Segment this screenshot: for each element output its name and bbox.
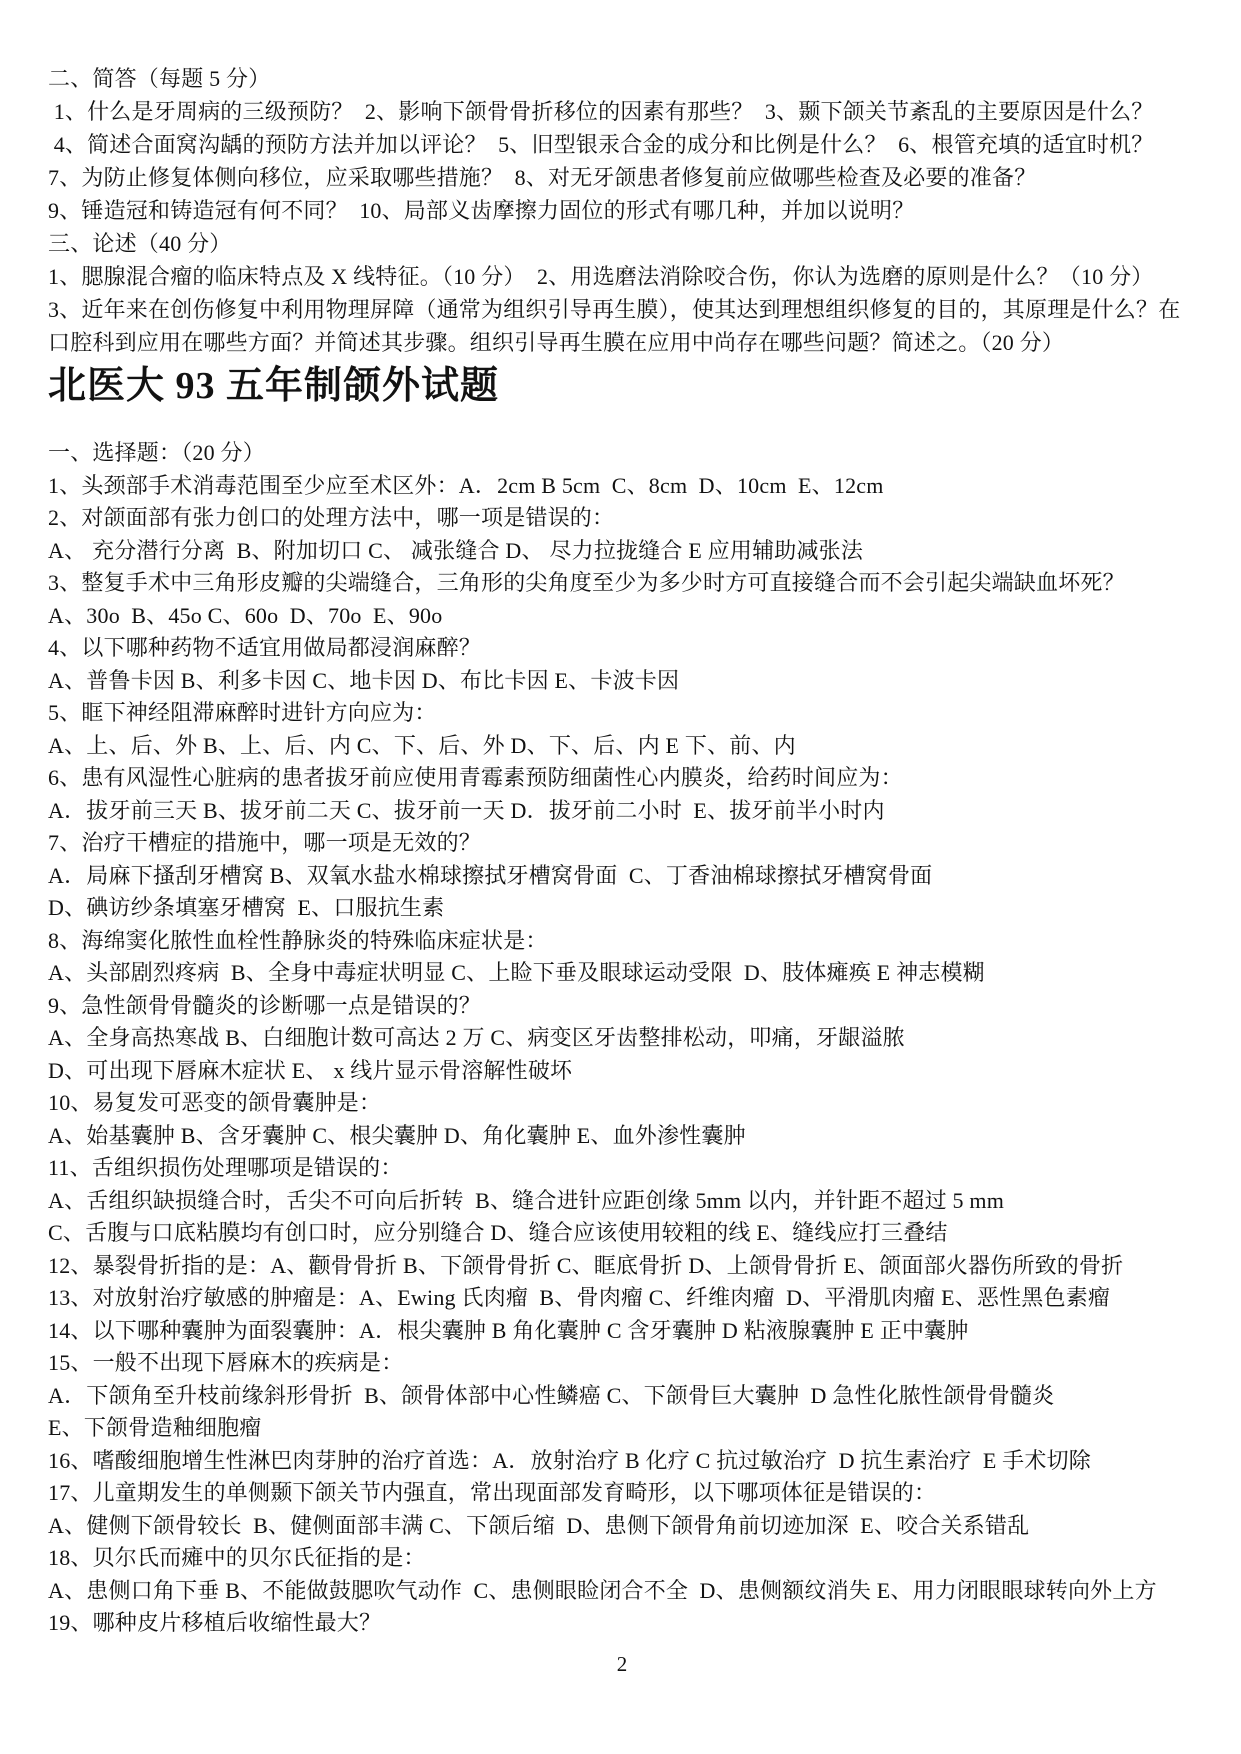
text-line: 17、儿童期发生的单侧颞下颌关节内强直，常出现面部发育畸形，以下哪项体征是错误的… xyxy=(48,1477,1196,1510)
text-line: A、上、后、外 B、上、后、内 C、下、后、外 D、下、后、内 E 下、前、内 xyxy=(48,730,1196,763)
text-line: A、患侧口角下垂 B、不能做鼓腮吹气动作 C、患侧眼睑闭合不全 D、患侧额纹消失… xyxy=(48,1575,1196,1608)
text-line: 1、腮腺混合瘤的临床特点及 X 线特征。（10 分） 2、用选磨法消除咬合伤，你… xyxy=(48,260,1196,293)
text-line: A．拔牙前三天 B、拔牙前二天 C、拔牙前一天 D．拔牙前二小时 E、拔牙前半小… xyxy=(48,795,1196,828)
text-line: 18、贝尔氏而瘫中的贝尔氏征指的是： xyxy=(48,1542,1196,1575)
text-line: A、 充分潜行分离 B、附加切口 C、 减张缝合 D、 尽力拉拢缝合 E 应用辅… xyxy=(48,535,1196,568)
text-line: E、下颌骨造釉细胞瘤 xyxy=(48,1412,1196,1445)
text-line: D、碘访纱条填塞牙槽窝 E、口服抗生素 xyxy=(48,892,1196,925)
text-line: 15、一般不出现下唇麻木的疾病是： xyxy=(48,1347,1196,1380)
text-line: 二、简答（每题 5 分） xyxy=(48,62,1196,95)
text-line: 13、对放射治疗敏感的肿瘤是：A、Ewing 氏肉瘤 B、骨肉瘤 C、纤维肉瘤 … xyxy=(48,1282,1196,1315)
text-line: 7、治疗干槽症的措施中，哪一项是无效的？ xyxy=(48,827,1196,860)
text-line: A、始基囊肿 B、含牙囊肿 C、根尖囊肿 D、角化囊肿 E、血外渗性囊肿 xyxy=(48,1120,1196,1153)
text-line: A、普鲁卡因 B、利多卡因 C、地卡因 D、布比卡因 E、卡波卡因 xyxy=(48,665,1196,698)
text-line: 口腔科到应用在哪些方面？并简述其步骤。组织引导再生膜在应用中尚存在哪些问题？简述… xyxy=(48,326,1196,359)
text-line: D、可出现下唇麻木症状 E、 x 线片显示骨溶解性破坏 xyxy=(48,1055,1196,1088)
text-line: 9、锤造冠和铸造冠有何不同？ 10、局部义齿摩擦力固位的形式有哪几种，并加以说明… xyxy=(48,194,1196,227)
text-line: A．局麻下搔刮牙槽窝 B、双氧水盐水棉球擦拭牙槽窝骨面 C、丁香油棉球擦拭牙槽窝… xyxy=(48,860,1196,893)
text-line: 一、选择题：（20 分） xyxy=(48,437,1196,470)
text-line: A、头部剧烈疼病 B、全身中毒症状明显 C、上睑下垂及眼球运动受限 D、肢体瘫痪… xyxy=(48,957,1196,990)
text-line: 6、患有风湿性心脏病的患者拔牙前应使用青霉素预防细菌性心内膜炎，给药时间应为： xyxy=(48,762,1196,795)
text-line: 1、什么是牙周病的三级预防？ 2、影响下颌骨骨折移位的因素有那些？ 3、颞下颌关… xyxy=(48,95,1196,128)
text-line: 3、近年来在创伤修复中利用物理屏障（通常为组织引导再生膜），使其达到理想组织修复… xyxy=(48,293,1196,326)
text-line: 1、头颈部手术消毒范围至少应至术区外：A．2cm B 5cm C、8cm D、1… xyxy=(48,470,1196,503)
text-line: 8、海绵窦化脓性血栓性静脉炎的特殊临床症状是： xyxy=(48,925,1196,958)
text-line: A、30o B、45o C、60o D、70o E、90o xyxy=(48,600,1196,633)
exam-title: 北医大 93 五年制颌外试题 xyxy=(48,360,1196,412)
text-line: 16、嗜酸细胞增生性淋巴肉芽肿的治疗首选：A．放射治疗 B 化疗 C 抗过敏治疗… xyxy=(48,1445,1196,1478)
text-line: 9、急性颌骨骨髓炎的诊断哪一点是错误的？ xyxy=(48,990,1196,1023)
text-line: 10、易复发可恶变的颌骨囊肿是： xyxy=(48,1087,1196,1120)
text-line: A、舌组织缺损缝合时，舌尖不可向后折转 B、缝合进针应距创缘 5mm 以内，并针… xyxy=(48,1185,1196,1218)
multiple-choice-section: 一、选择题：（20 分）1、头颈部手术消毒范围至少应至术区外：A．2cm B 5… xyxy=(48,437,1196,1640)
text-line: 三、论述（40 分） xyxy=(48,227,1196,260)
text-line: 19、哪种皮片移植后收缩性最大？ xyxy=(48,1607,1196,1640)
text-line: A．下颌角至升枝前缘斜形骨折 B、颌骨体部中心性鳞癌 C、下颌骨巨大囊肿 D 急… xyxy=(48,1380,1196,1413)
text-line: 3、整复手术中三角形皮瓣的尖端缝合，三角形的尖角度至少为多少时方可直接缝合而不会… xyxy=(48,567,1196,600)
text-line: 14、以下哪种囊肿为面裂囊肿：A．根尖囊肿 B 角化囊肿 C 含牙囊肿 D 粘液… xyxy=(48,1315,1196,1348)
text-line: A、全身高热寒战 B、白细胞计数可高达 2 万 C、病变区牙齿整排松动，叩痛，牙… xyxy=(48,1022,1196,1055)
page-number: 2 xyxy=(48,1648,1196,1680)
brief-answer-and-essay-section: 二、简答（每题 5 分） 1、什么是牙周病的三级预防？ 2、影响下颌骨骨折移位的… xyxy=(48,62,1196,359)
text-line: 7、为防止修复体侧向移位，应采取哪些措施？ 8、对无牙颌患者修复前应做哪些检查及… xyxy=(48,161,1196,194)
text-line: 4、以下哪种药物不适宜用做局都浸润麻醉？ xyxy=(48,632,1196,665)
text-line: A、健侧下颌骨较长 B、健侧面部丰满 C、下颌后缩 D、患侧下颌骨角前切迹加深 … xyxy=(48,1510,1196,1543)
text-line: 4、简述合面窝沟龋的预防方法并加以评论？ 5、旧型银汞合金的成分和比例是什么？ … xyxy=(48,128,1196,161)
text-line: 11、舌组织损伤处理哪项是错误的： xyxy=(48,1152,1196,1185)
document-page: 二、简答（每题 5 分） 1、什么是牙周病的三级预防？ 2、影响下颌骨骨折移位的… xyxy=(0,0,1241,1754)
text-line: 2、对颌面部有张力创口的处理方法中，哪一项是错误的： xyxy=(48,502,1196,535)
text-line: C、舌腹与口底粘膜均有创口时，应分别缝合 D、缝合应该使用较粗的线 E、缝线应打… xyxy=(48,1217,1196,1250)
text-line: 12、暴裂骨折指的是：A、颧骨骨折 B、下颌骨骨折 C、眶底骨折 D、上颌骨骨折… xyxy=(48,1250,1196,1283)
text-line: 5、眶下神经阻滞麻醉时进针方向应为： xyxy=(48,697,1196,730)
